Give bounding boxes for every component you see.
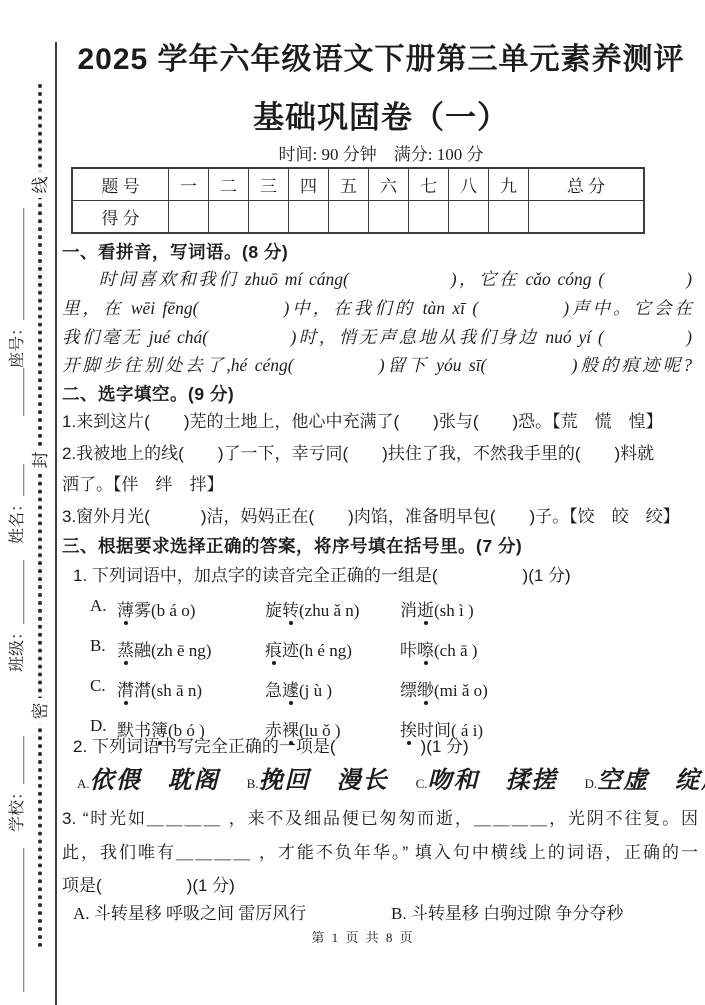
exam-time-score-info: 时间: 90 分钟 满分: 100 分 <box>57 140 705 165</box>
option-label: C. <box>416 776 428 791</box>
section2-heading: 二、选字填空。(9 分) <box>62 381 234 406</box>
section1-heading: 一、看拼音，写词语。(8 分) <box>62 239 288 264</box>
question3-line: 3. “时光如＿＿＿＿ ，来不及细品便已匆匆而逝，＿＿＿＿，光阴不往复。因 <box>62 802 698 836</box>
score-cell <box>409 201 449 234</box>
question2-stem: 2. 下列词语书写完全正确的一项是( )(1 分) <box>73 732 469 757</box>
option-a: A.依偎 耽阁 <box>77 760 220 795</box>
passage-line: 我们毫无 jué chá( )时，悄无声息地从我们身边 nuó yí ( ) <box>62 323 692 352</box>
exam-paper-page: ＿＿＿＿＿＿＿＿＿ 学校：＿＿＿ 班级：＿＿＿＿ 姓名：＿＿ ＿＿＿座号：＿＿＿… <box>0 0 705 1005</box>
option-word: 旋转(zhu ǎ n) <box>265 596 400 621</box>
score-table-header-row: 题 号 一 二 三 四 五 六 七 八 九 总 分 <box>72 168 644 201</box>
passage-line: 里，在 wēi fēng( )中，在我们的 tàn xī ( )声中。它会在 <box>62 294 692 323</box>
score-table: 题 号 一 二 三 四 五 六 七 八 九 总 分 得 分 <box>71 167 645 234</box>
score-table-header-cell: 二 <box>209 168 249 201</box>
option-word: 咔嚓(ch ā ) <box>400 636 477 661</box>
exam-title-line1: 2025 学年六年级语文下册第三单元素养测评 <box>57 34 705 78</box>
option-d: D.空虚 绽放 <box>584 760 705 795</box>
option-row-b: B. 蒸融(zh ē ng) 痕迹(h é ng) 咔嚓(ch ā ) <box>90 636 488 661</box>
option-row-c: C. 潸潸(sh ā n) 急遽(j ù ) 缥缈(mi ǎ o) <box>90 676 488 701</box>
question3-line: 此，我们唯有＿＿＿＿ ，才能不负年华。” 填入句中横线上的词语，正确的一 <box>62 836 698 870</box>
score-table-score-row: 得 分 <box>72 201 644 234</box>
option-label: B. <box>90 636 117 661</box>
score-cell <box>529 201 645 234</box>
score-cell <box>489 201 529 234</box>
question3-options: A. 斗转星移 呼吸之间 雷厉风行 B. 斗转星移 白驹过隙 争分夺秒 <box>73 899 623 924</box>
option-word: 薄雾(b á o) <box>117 596 265 621</box>
option-b: B. 斗转星移 白驹过隙 争分夺秒 <box>391 899 623 924</box>
seal-char-feng: 封 <box>29 447 53 473</box>
score-table-header-cell: 六 <box>369 168 409 201</box>
score-table-header-cell: 总 分 <box>529 168 645 201</box>
option-words: 吻和 揉搓 <box>427 768 557 794</box>
score-table-header-cell: 七 <box>409 168 449 201</box>
score-cell <box>449 201 489 234</box>
seal-char-line: 线 <box>29 172 53 198</box>
exam-content: 2025 学年六年级语文下册第三单元素养测评 基础巩固卷（一） 时间: 90 分… <box>57 0 705 1005</box>
score-table-header-cell: 九 <box>489 168 529 201</box>
score-table-header-cell: 题 号 <box>72 168 169 201</box>
option-word: 痕迹(h é ng) <box>265 636 400 661</box>
passage-line: 时间喜欢和我们 zhuō mí cáng( )，它在 cǎo cóng ( ) <box>62 265 692 294</box>
exam-title-line2: 基础巩固卷（一） <box>57 92 705 137</box>
option-words: 挽回 漫长 <box>259 768 389 794</box>
option-words: 空虚 绽放 <box>597 768 705 794</box>
option-row-a: A. 薄雾(b á o) 旋转(zhu ǎ n) 消逝(sh ì ) <box>90 596 488 621</box>
score-cell <box>249 201 289 234</box>
fill-item: 洒了。【伴 绊 拌】 <box>62 469 698 501</box>
section3-heading: 三、根据要求选择正确的答案，将序号填在括号里。(7 分) <box>62 533 522 558</box>
option-a: A. 斗转星移 呼吸之间 雷厉风行 <box>73 899 391 924</box>
option-word: 消逝(sh ì ) <box>400 596 474 621</box>
option-label: D. <box>584 776 597 791</box>
student-info-labels: ＿＿＿＿＿＿＿＿＿ 学校：＿＿＿ 班级：＿＿＿＿ 姓名：＿＿ ＿＿＿座号：＿＿＿… <box>4 87 30 992</box>
score-cell <box>369 201 409 234</box>
page-number: 第 1 页 共 8 页 <box>57 927 669 946</box>
score-cell <box>329 201 369 234</box>
option-word: 蒸融(zh ē ng) <box>117 636 265 661</box>
score-cell <box>209 201 249 234</box>
score-table-header-cell: 八 <box>449 168 489 201</box>
score-table-header-cell: 一 <box>169 168 209 201</box>
option-label: A. <box>77 776 90 791</box>
question3-stem: 3. “时光如＿＿＿＿ ，来不及细品便已匆匆而逝，＿＿＿＿，光阴不往复。因 此，… <box>62 802 698 903</box>
option-label: C. <box>90 676 117 701</box>
section2-items: 1.来到这片( )芜的土地上，他心中充满了( )张与( )恐。【荒 慌 惶】 2… <box>62 406 698 532</box>
option-label: B. <box>247 776 259 791</box>
option-b: B.挽回 漫长 <box>247 760 389 795</box>
score-cell <box>169 201 209 234</box>
seal-dotted-line <box>38 84 42 948</box>
option-word: 急遽(j ù ) <box>265 676 400 701</box>
score-table-header-cell: 三 <box>249 168 289 201</box>
option-word: 缥缈(mi ǎ o) <box>400 676 488 701</box>
option-word: 潸潸(sh ā n) <box>117 676 265 701</box>
fill-item: 2.我被地上的线( )了一下，幸亏同( )扶住了我，不然我手里的( )料就 <box>62 438 698 470</box>
score-table-header-cell: 五 <box>329 168 369 201</box>
option-words: 依偎 耽阁 <box>90 768 220 794</box>
question1-stem: 1. 下列词语中，加点字的读音完全正确的一组是( )(1 分) <box>73 561 571 586</box>
seal-char-mi: 密 <box>29 698 53 724</box>
question3-line: 项是( )(1 分) <box>62 869 698 903</box>
fill-item: 1.来到这片( )芜的土地上，他心中充满了( )张与( )恐。【荒 慌 惶】 <box>62 406 698 438</box>
score-table-header-cell: 四 <box>289 168 329 201</box>
question2-options: A.依偎 耽阁 B.挽回 漫长 C.吻和 揉搓 D.空虚 绽放 <box>77 760 705 795</box>
option-label: A. <box>90 596 117 621</box>
passage-line: 开脚步往别处去了,hé céng( )留下 yóu sī( )般的痕迹呢? <box>62 351 692 380</box>
option-c: C.吻和 揉搓 <box>416 760 558 795</box>
fill-item: 3.窗外月光( )洁，妈妈正在( )肉馅，准备明早包( )子。【饺 皎 绞】 <box>62 501 698 533</box>
score-cell <box>289 201 329 234</box>
score-row-label: 得 分 <box>72 201 169 234</box>
section1-passage: 时间喜欢和我们 zhuō mí cáng( )，它在 cǎo cóng ( ) … <box>62 265 692 380</box>
